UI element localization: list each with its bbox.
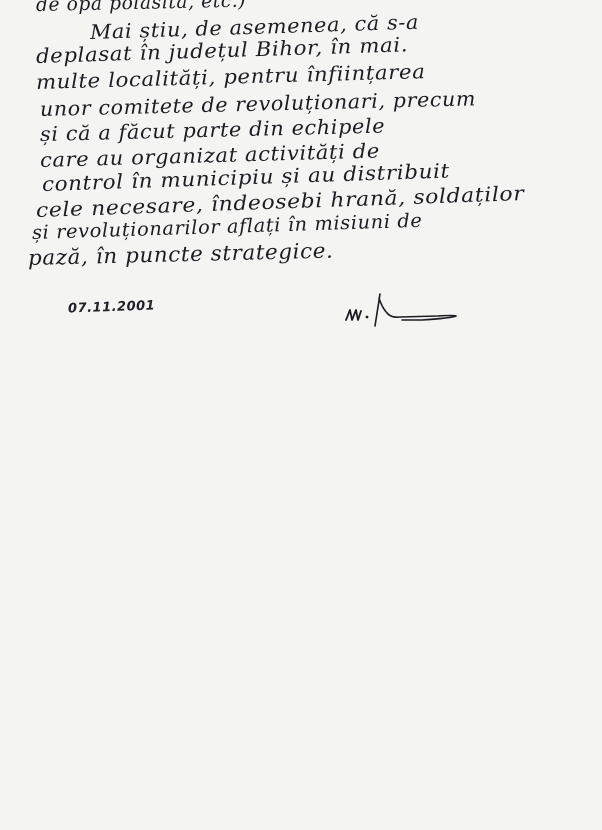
document-date: 07.11.2001 [68, 298, 156, 316]
scanned-handwritten-page: de opă polasita, etc.) Mai știu, de asem… [0, 0, 602, 830]
signature [342, 290, 462, 330]
signature-scribble-icon [342, 290, 462, 330]
handwritten-line: pază, în puncte strategice. [28, 239, 334, 270]
handwritten-line: de opă polasita, etc.) [36, 0, 247, 16]
